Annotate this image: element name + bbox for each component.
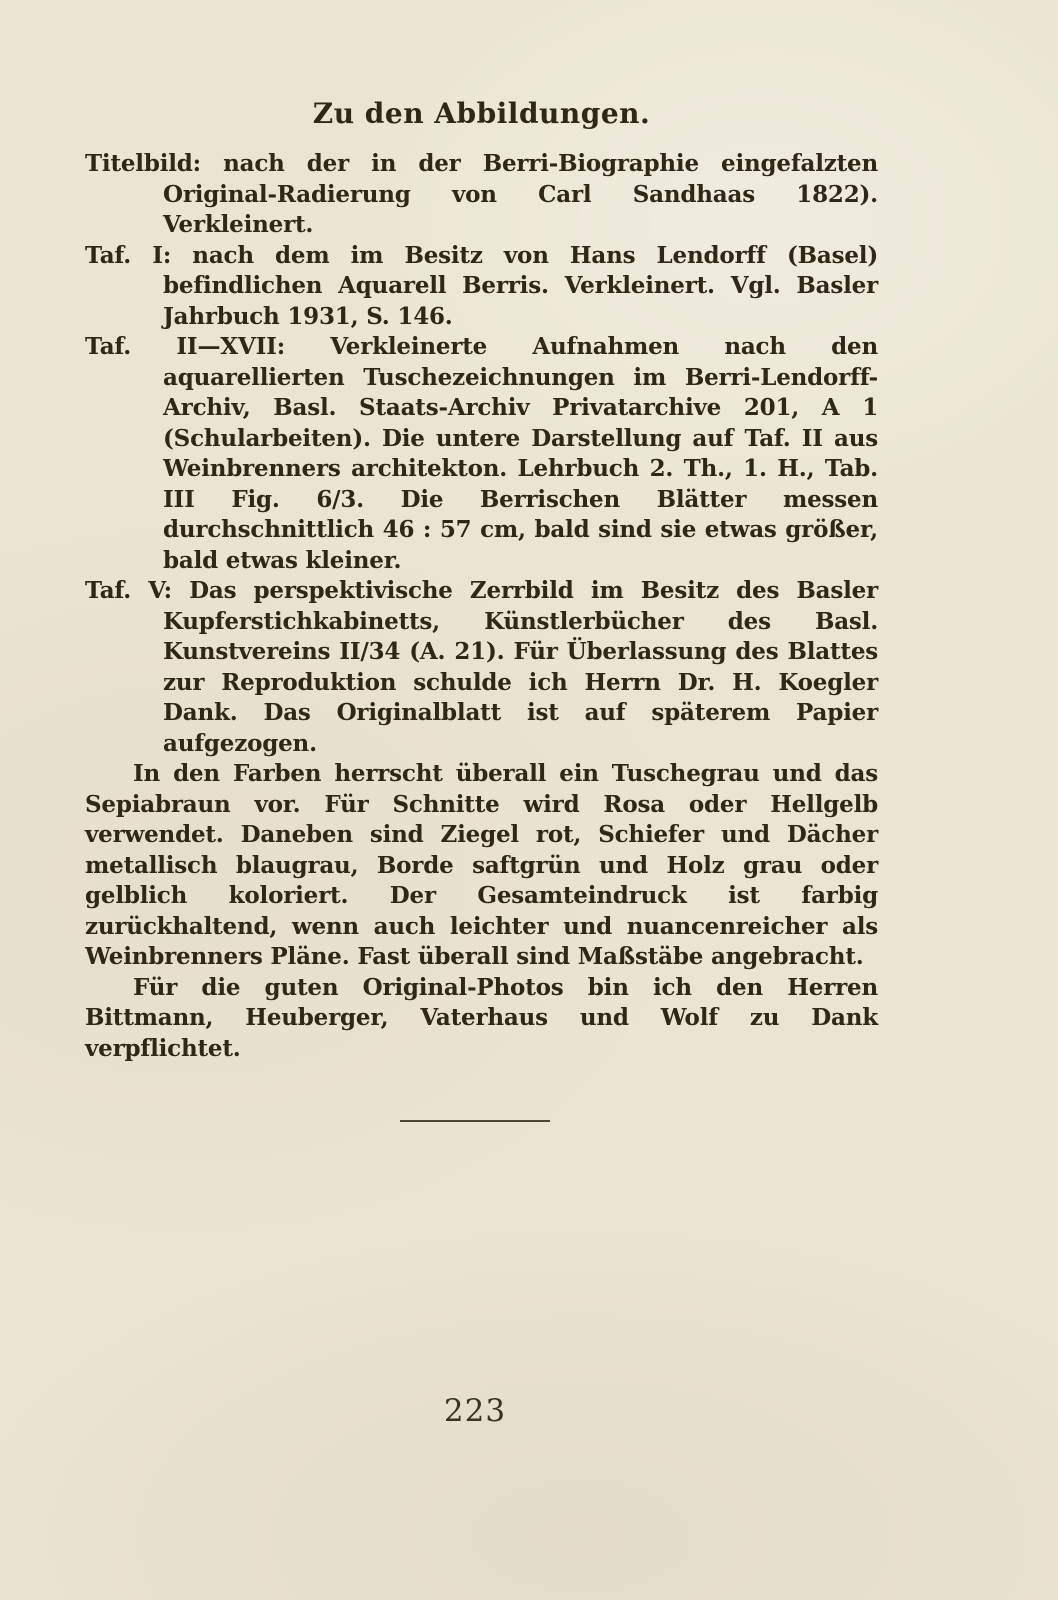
body-paragraph-thanks: Für die guten Original-Photos bin ich de…: [85, 973, 878, 1065]
body-paragraph-colors: In den Farben herrscht überall ein Tusch…: [85, 759, 878, 973]
entry-label: Taf. V:: [85, 577, 172, 604]
figure-entry-titelbild: Titelbild: nach der in der Berri-Biograp…: [85, 149, 878, 241]
divider-rule: [400, 1120, 550, 1122]
entry-text: nach dem im Besitz von Hans Lendorff (Ba…: [163, 242, 878, 330]
figure-entry-taf-ii-xvii: Taf. II—XVII: Verkleinerte Aufnahmen nac…: [85, 332, 878, 576]
scanned-page-text-block: Zu den Abbildungen. Titelbild: nach der …: [85, 97, 878, 1064]
figure-entry-taf-i: Taf. I: nach dem im Besitz von Hans Lend…: [85, 241, 878, 333]
entry-label: Taf. II—XVII:: [85, 333, 285, 360]
page-number: 223: [85, 1393, 865, 1429]
entry-label: Taf. I:: [85, 242, 171, 269]
figure-entry-taf-v: Taf. V: Das perspektivische Zerrbild im …: [85, 576, 878, 759]
entry-label: Titelbild:: [85, 150, 201, 177]
entry-text: nach der in der Berri-Biographie eingefa…: [163, 150, 878, 238]
entry-text: Verkleinerte Aufnahmen nach den aquarell…: [163, 333, 878, 574]
section-heading: Zu den Abbildungen.: [85, 97, 878, 131]
entry-text: Das perspektivische Zerrbild im Besitz d…: [163, 577, 878, 757]
